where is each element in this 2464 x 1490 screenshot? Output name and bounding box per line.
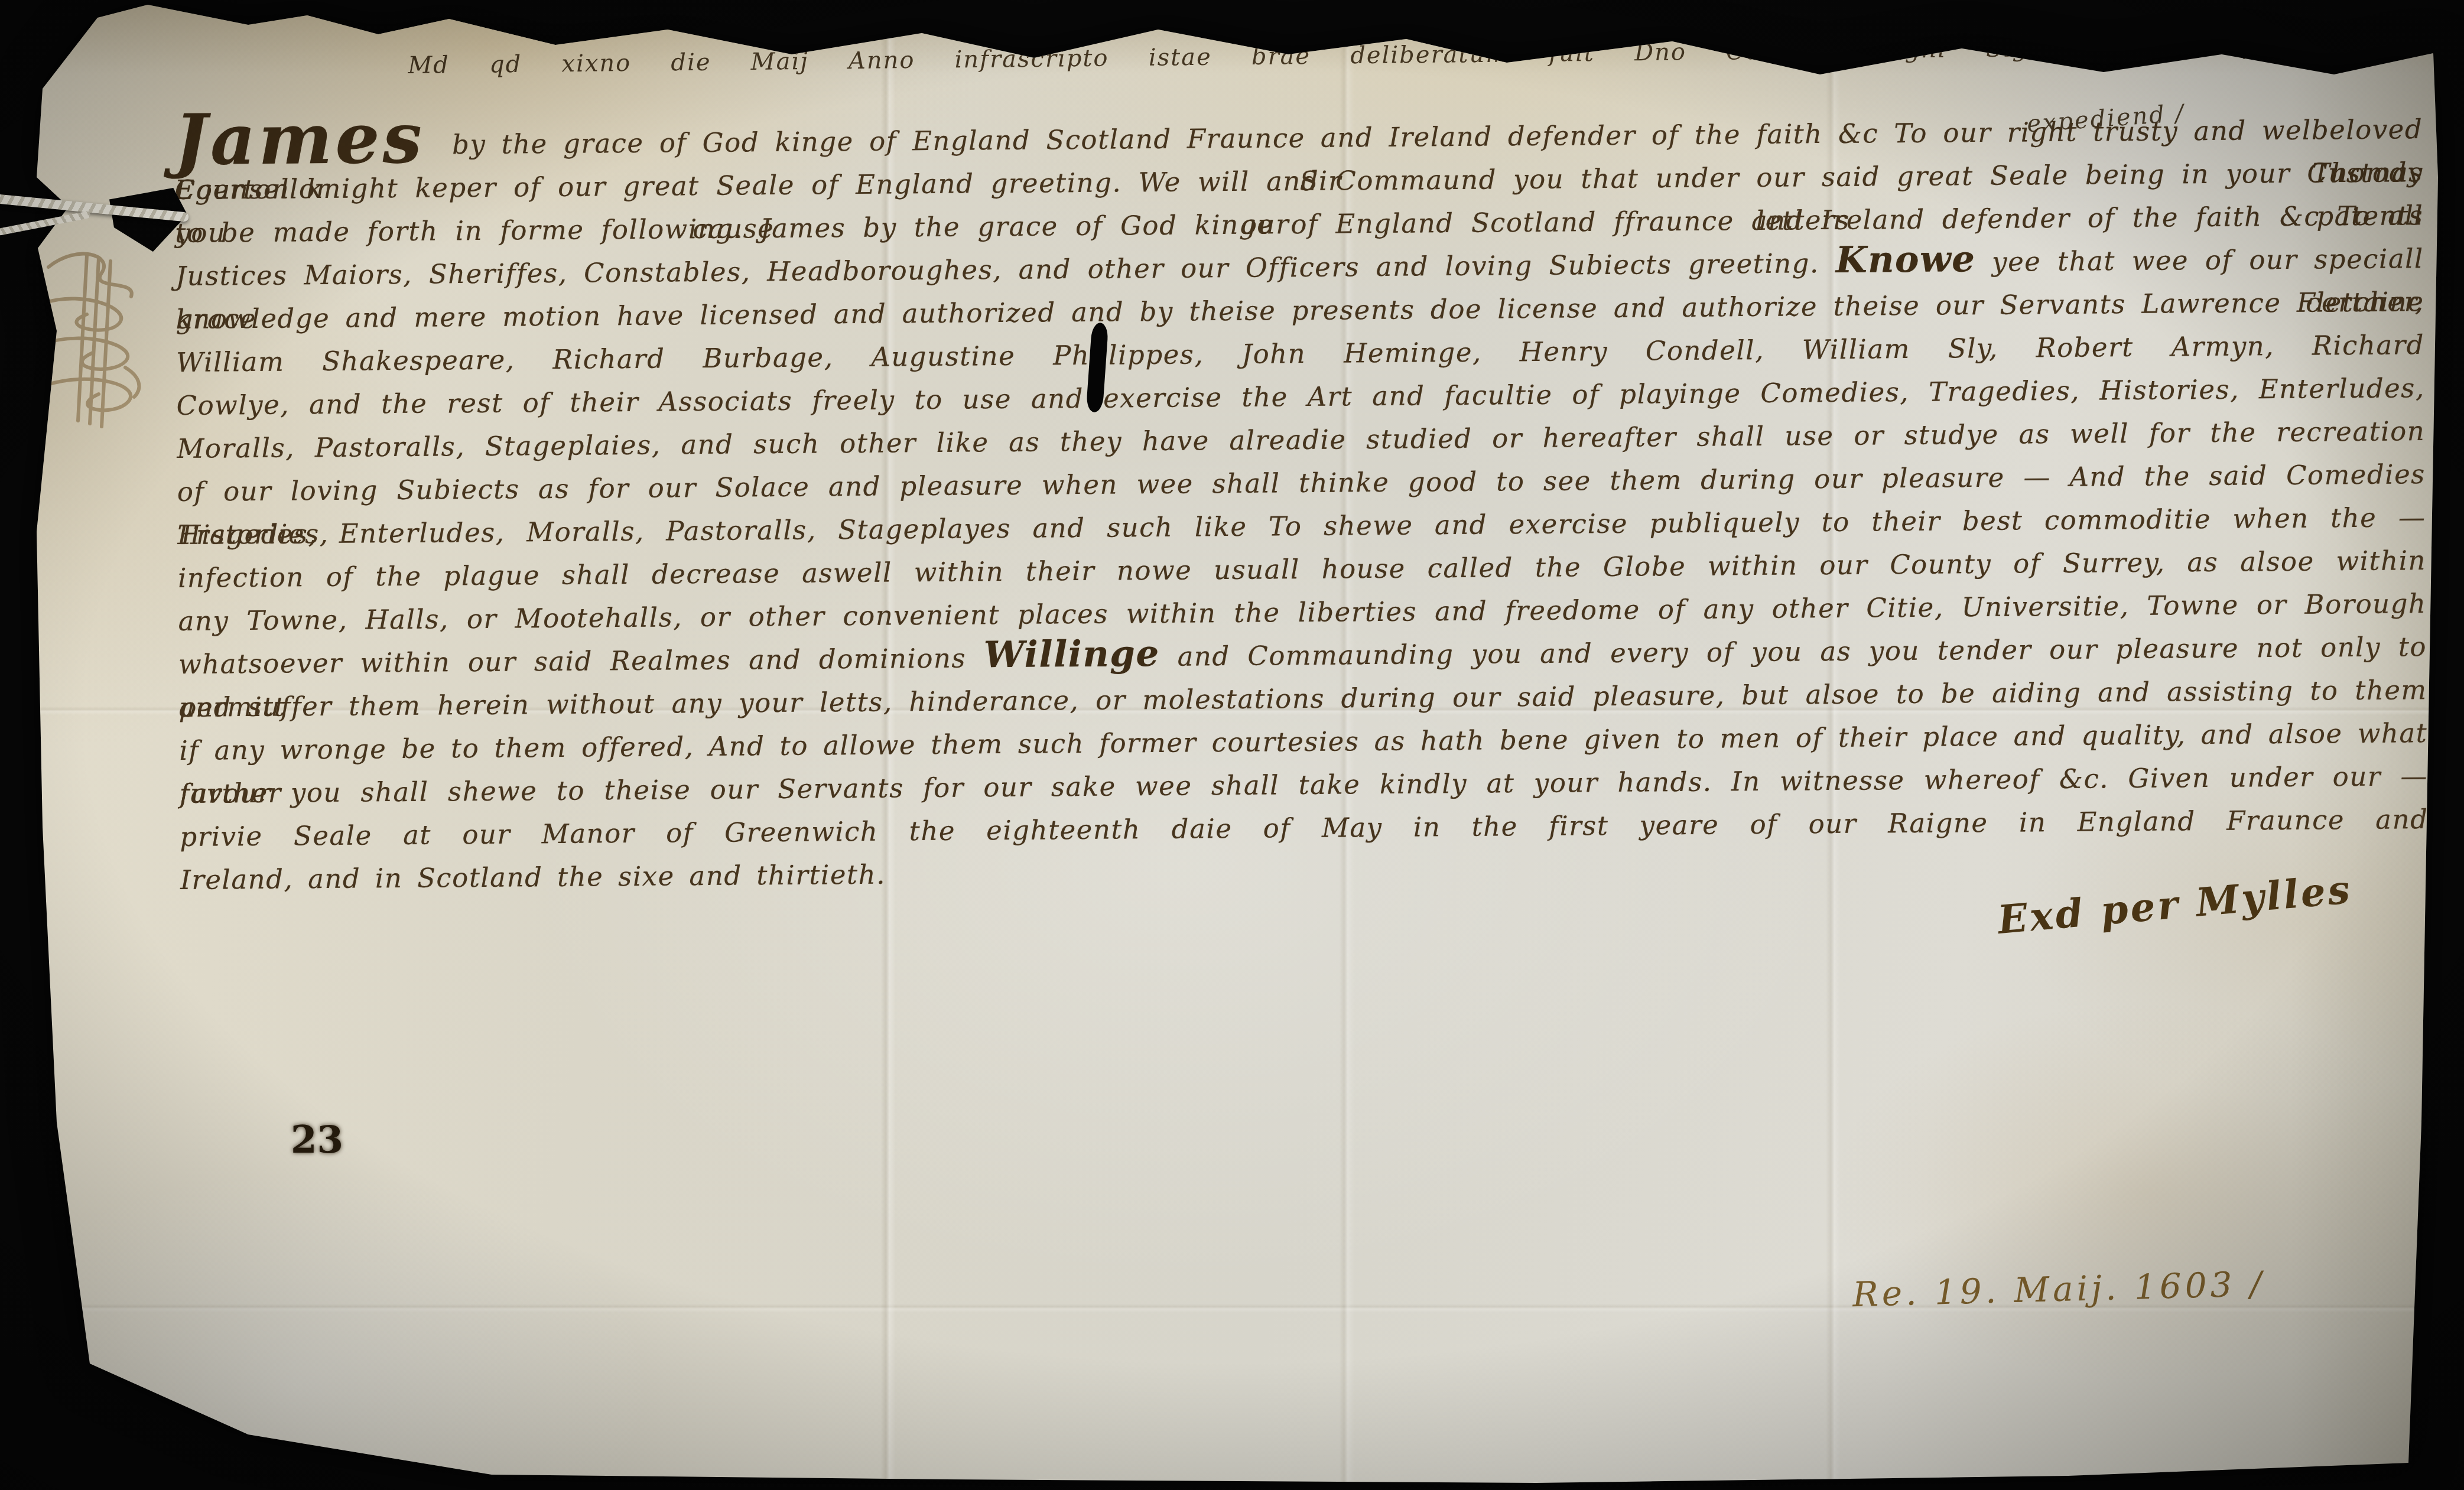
pen-flourish (31, 232, 173, 432)
line-segment: Ireland, and in Scotland the sixe and th… (180, 859, 886, 896)
line-segment: Willinge (983, 633, 1159, 676)
line-segment: whatsoever within our said Realmes and d… (178, 643, 966, 680)
manuscript-body: James by the grace of God kinge of Engla… (174, 108, 2429, 902)
parchment-sheet: Md qd xixno die Maij Anno infrascripto i… (0, 0, 2464, 1490)
folio-number: 23 (291, 1118, 343, 1162)
parchment-wrap: Md qd xixno die Maij Anno infrascripto i… (0, 0, 2464, 1490)
photograph-stage: Md qd xixno die Maij Anno infrascripto i… (0, 0, 2464, 1490)
line-segment: Knowe (1835, 238, 1975, 281)
line-segment: Justices Maiors, Sheriffes, Constables, … (175, 248, 1819, 292)
